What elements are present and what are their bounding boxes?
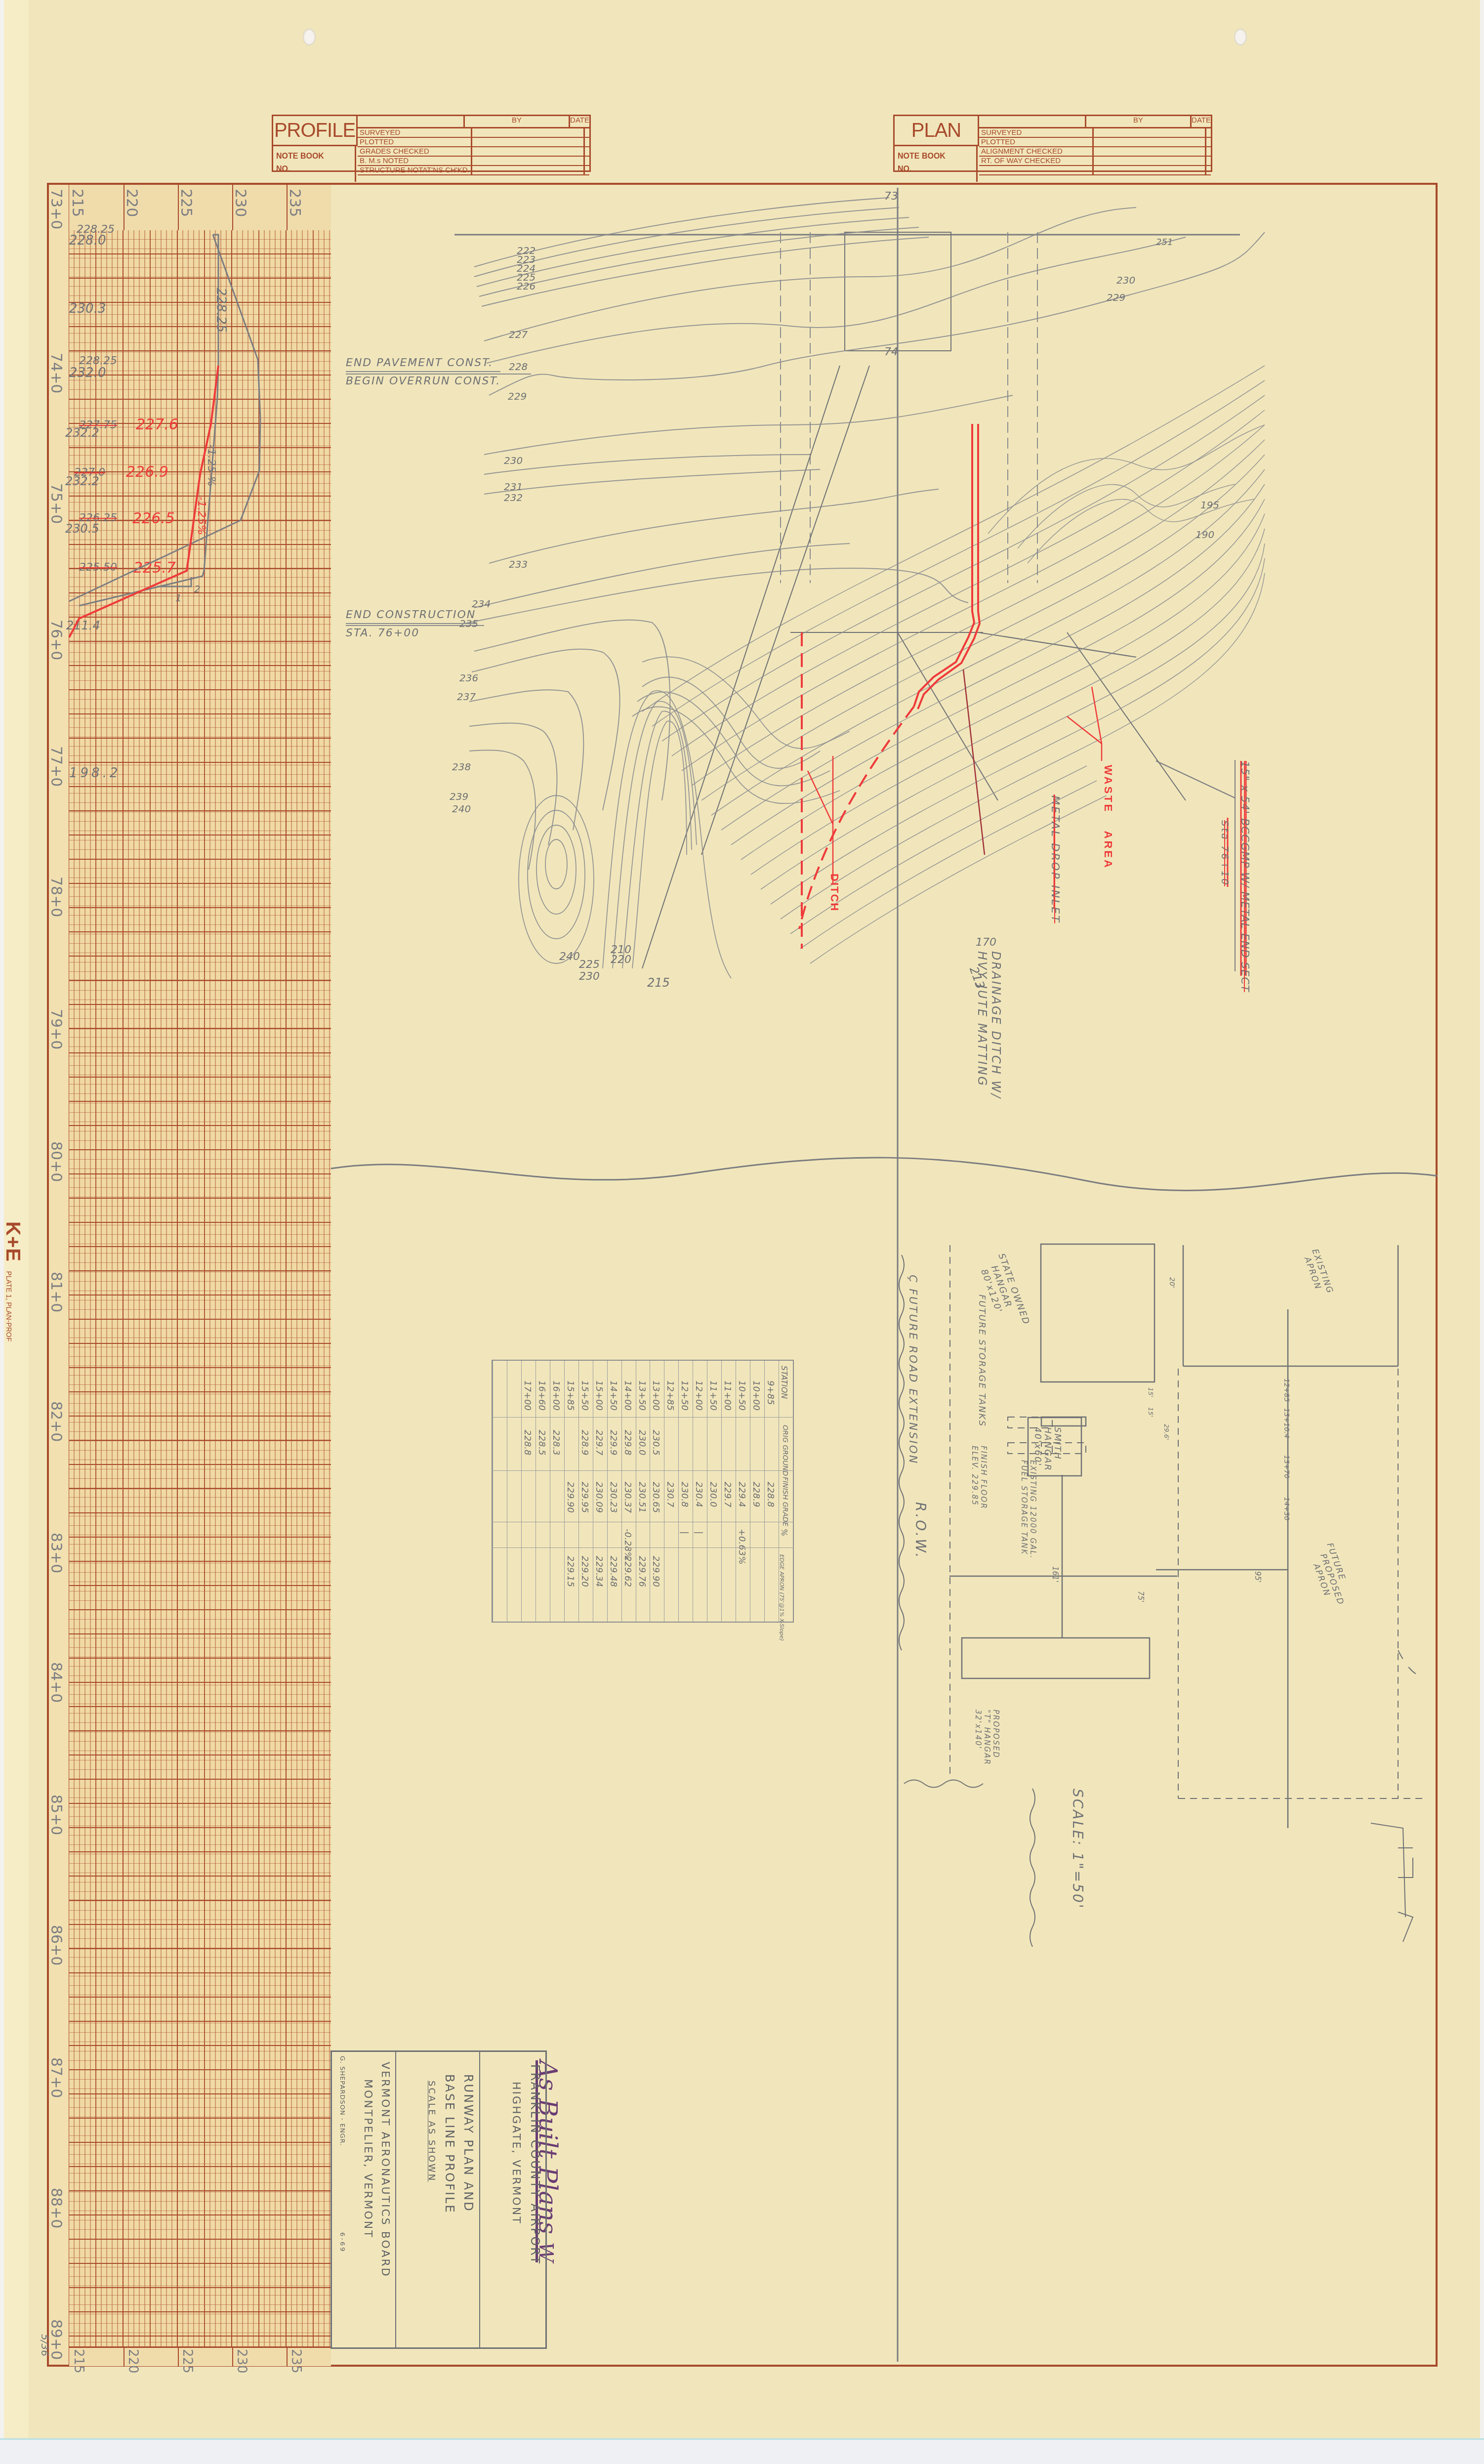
table-row: 16+60228.5 (536, 1361, 550, 1622)
contour-label: 170 (976, 936, 996, 949)
waste-area-label: WASTE AREA (1102, 765, 1114, 870)
contour-label: 240 (452, 803, 471, 815)
table-row: 12+50230.8| (678, 1361, 693, 1622)
pipe-note: 15" x 54' BCCGMP W/ METAL END SECT (1238, 761, 1251, 992)
table-row: 15+85229.90229.15 (564, 1361, 578, 1622)
table-row: 10+00228.9 (750, 1361, 764, 1622)
contour-label: 236 (459, 672, 478, 684)
storage-tanks-label: FUTURE STORAGE TANKS (977, 1295, 987, 1427)
title-block: FRANKLIN COUNTY AIRPORT HIGHGATE, VERMON… (330, 2050, 547, 2349)
table-row: 15+50228.9229.95229.20 (578, 1361, 593, 1622)
table-row: 12+85230.7 (664, 1361, 678, 1622)
contour-label: 237 (457, 691, 476, 703)
contour-label: 220 (611, 954, 631, 966)
contour-label: 230 (579, 970, 600, 983)
table-row: 13+00230.5230.65229.90 (650, 1361, 664, 1622)
dimension-label: 95' (1253, 1571, 1262, 1583)
contour-label: 240 (559, 951, 580, 963)
title-agency: VERMONT AERONAUTICS BOARD (379, 2062, 391, 2278)
row-label: R.O.W. (912, 1502, 929, 1559)
table-row: 11+50230.0 (707, 1361, 721, 1622)
table-row: 15+00229.7230.09229.34 (593, 1361, 607, 1622)
centerline-station: 73 (884, 190, 898, 203)
elevation-table: STATION ORIG GROUND FINISH GRADE % EDGE … (492, 1360, 794, 1623)
title-airport: FRANKLIN COUNTY AIRPORT (528, 2064, 542, 2265)
table-row: 14+50229.9230.23229.48 (607, 1361, 621, 1622)
table-row (493, 1361, 507, 1622)
table-row: 13+50230.0230.51229.76 (636, 1361, 650, 1622)
station-tick: 12+85 (1282, 1378, 1290, 1402)
table-row: 12+00230.4| (693, 1361, 707, 1622)
contour-label: 195 (1200, 499, 1219, 511)
table-band-divider (492, 1547, 794, 1548)
contour-label: 231 (504, 481, 523, 493)
table-row: 10+50229.4+0.63% (736, 1361, 750, 1622)
dimension-label: 15' (1147, 1407, 1154, 1417)
table-row: 11+00229.7 (721, 1361, 736, 1622)
title-engineer: G. SHEPARDSON - ENGR. (338, 2056, 346, 2146)
ditch-label: DITCH (828, 874, 841, 912)
contour-label: 251 (1156, 237, 1173, 248)
profile-asbuilt-line (69, 366, 218, 637)
title-date: 6-69 (338, 2232, 346, 2253)
station-tick: 13+10.4 (1282, 1408, 1290, 1438)
table-row: 16+00228.3 (550, 1361, 564, 1622)
scanner-background (0, 2438, 1484, 2464)
dimension-label: 29.6' (1162, 1424, 1170, 1440)
contour-label: 239 (450, 791, 468, 802)
centerline-station: 74 (884, 346, 898, 358)
title-location: HIGHGATE, VERMONT (510, 2082, 522, 2225)
table-row: 17+00228.8 (521, 1361, 536, 1622)
station-tick: 13+70 (1282, 1455, 1290, 1478)
contour-label: 229 (1107, 292, 1125, 303)
t-hangar-label: PROPOSED "T" HANGAR 32'x140' (974, 1710, 1000, 1765)
title-drawing-line2: BASE LINE PROFILE (443, 2074, 456, 2214)
end-pavement-note: END PAVEMENT CONST. BEGIN OVERRUN CONST. (346, 357, 500, 387)
table-band-divider (492, 1417, 794, 1418)
contour-labels-top: 222 223 224 225 226 (517, 246, 536, 291)
contour-label: 230 (1116, 274, 1135, 286)
fuel-tank-label: EXISTING 12000 GAL. FUEL STORAGE TANK (1020, 1460, 1037, 1559)
future-road-label: Ç FUTURE ROAD EXTENSION (907, 1275, 919, 1464)
table-band-divider (492, 1470, 794, 1471)
table-band-divider (492, 1522, 794, 1522)
table-header-col: STATION ORIG GROUND FINISH GRADE % EDGE … (779, 1361, 793, 1622)
dimension-label: 20' (1168, 1277, 1176, 1288)
contour-label: 238 (452, 761, 471, 773)
table-row: 14+00229.8230.37-0.28%229.62 (621, 1361, 636, 1622)
contour-label: 227 (509, 329, 528, 340)
north-arrow-icon (1371, 1823, 1413, 1942)
plan-scale-label: SCALE: 1"=50' (1070, 1789, 1086, 1910)
contour-label: 215 (647, 976, 670, 990)
dimension-label: 75' (1136, 1591, 1145, 1602)
contour-label: 228 (509, 361, 528, 373)
contour-label: 233 (509, 558, 528, 570)
finish-floor-label: FINISH FLOOR ELEV. 229.85 (970, 1446, 988, 1509)
contour-label: 229 (508, 390, 527, 402)
end-construction-note: END CONSTRUCTION STA. 76+00 (346, 609, 476, 639)
contour-label: 230 (504, 455, 523, 466)
title-drawing-line1: RUNWAY PLAN AND (461, 2074, 475, 2213)
drawing-linework (0, 0, 1484, 2464)
contour-label: 190 (1195, 529, 1214, 541)
metal-drop-inlet-note: METAL DROP INLET (1049, 795, 1061, 923)
pipe-station-note: Sta 76+10 (1219, 820, 1231, 886)
title-agency-city: MONTPELIER, VERMONT (362, 2079, 374, 2239)
station-tick: 14+30 (1282, 1497, 1290, 1520)
profile-ground-line (69, 235, 260, 606)
contour-label: 232 (504, 492, 523, 503)
table-row: 9+85228.8 (764, 1361, 779, 1622)
contour-label: 225 (579, 959, 600, 971)
site-plan-linework (949, 1244, 1398, 1828)
title-scale: SCALE AS SHOWN (426, 2081, 437, 2182)
dimension-label: 15' (1147, 1387, 1154, 1397)
table-row (507, 1361, 521, 1622)
contour-label: 234 (472, 598, 491, 610)
dimension-label: 161' (1051, 1566, 1060, 1583)
